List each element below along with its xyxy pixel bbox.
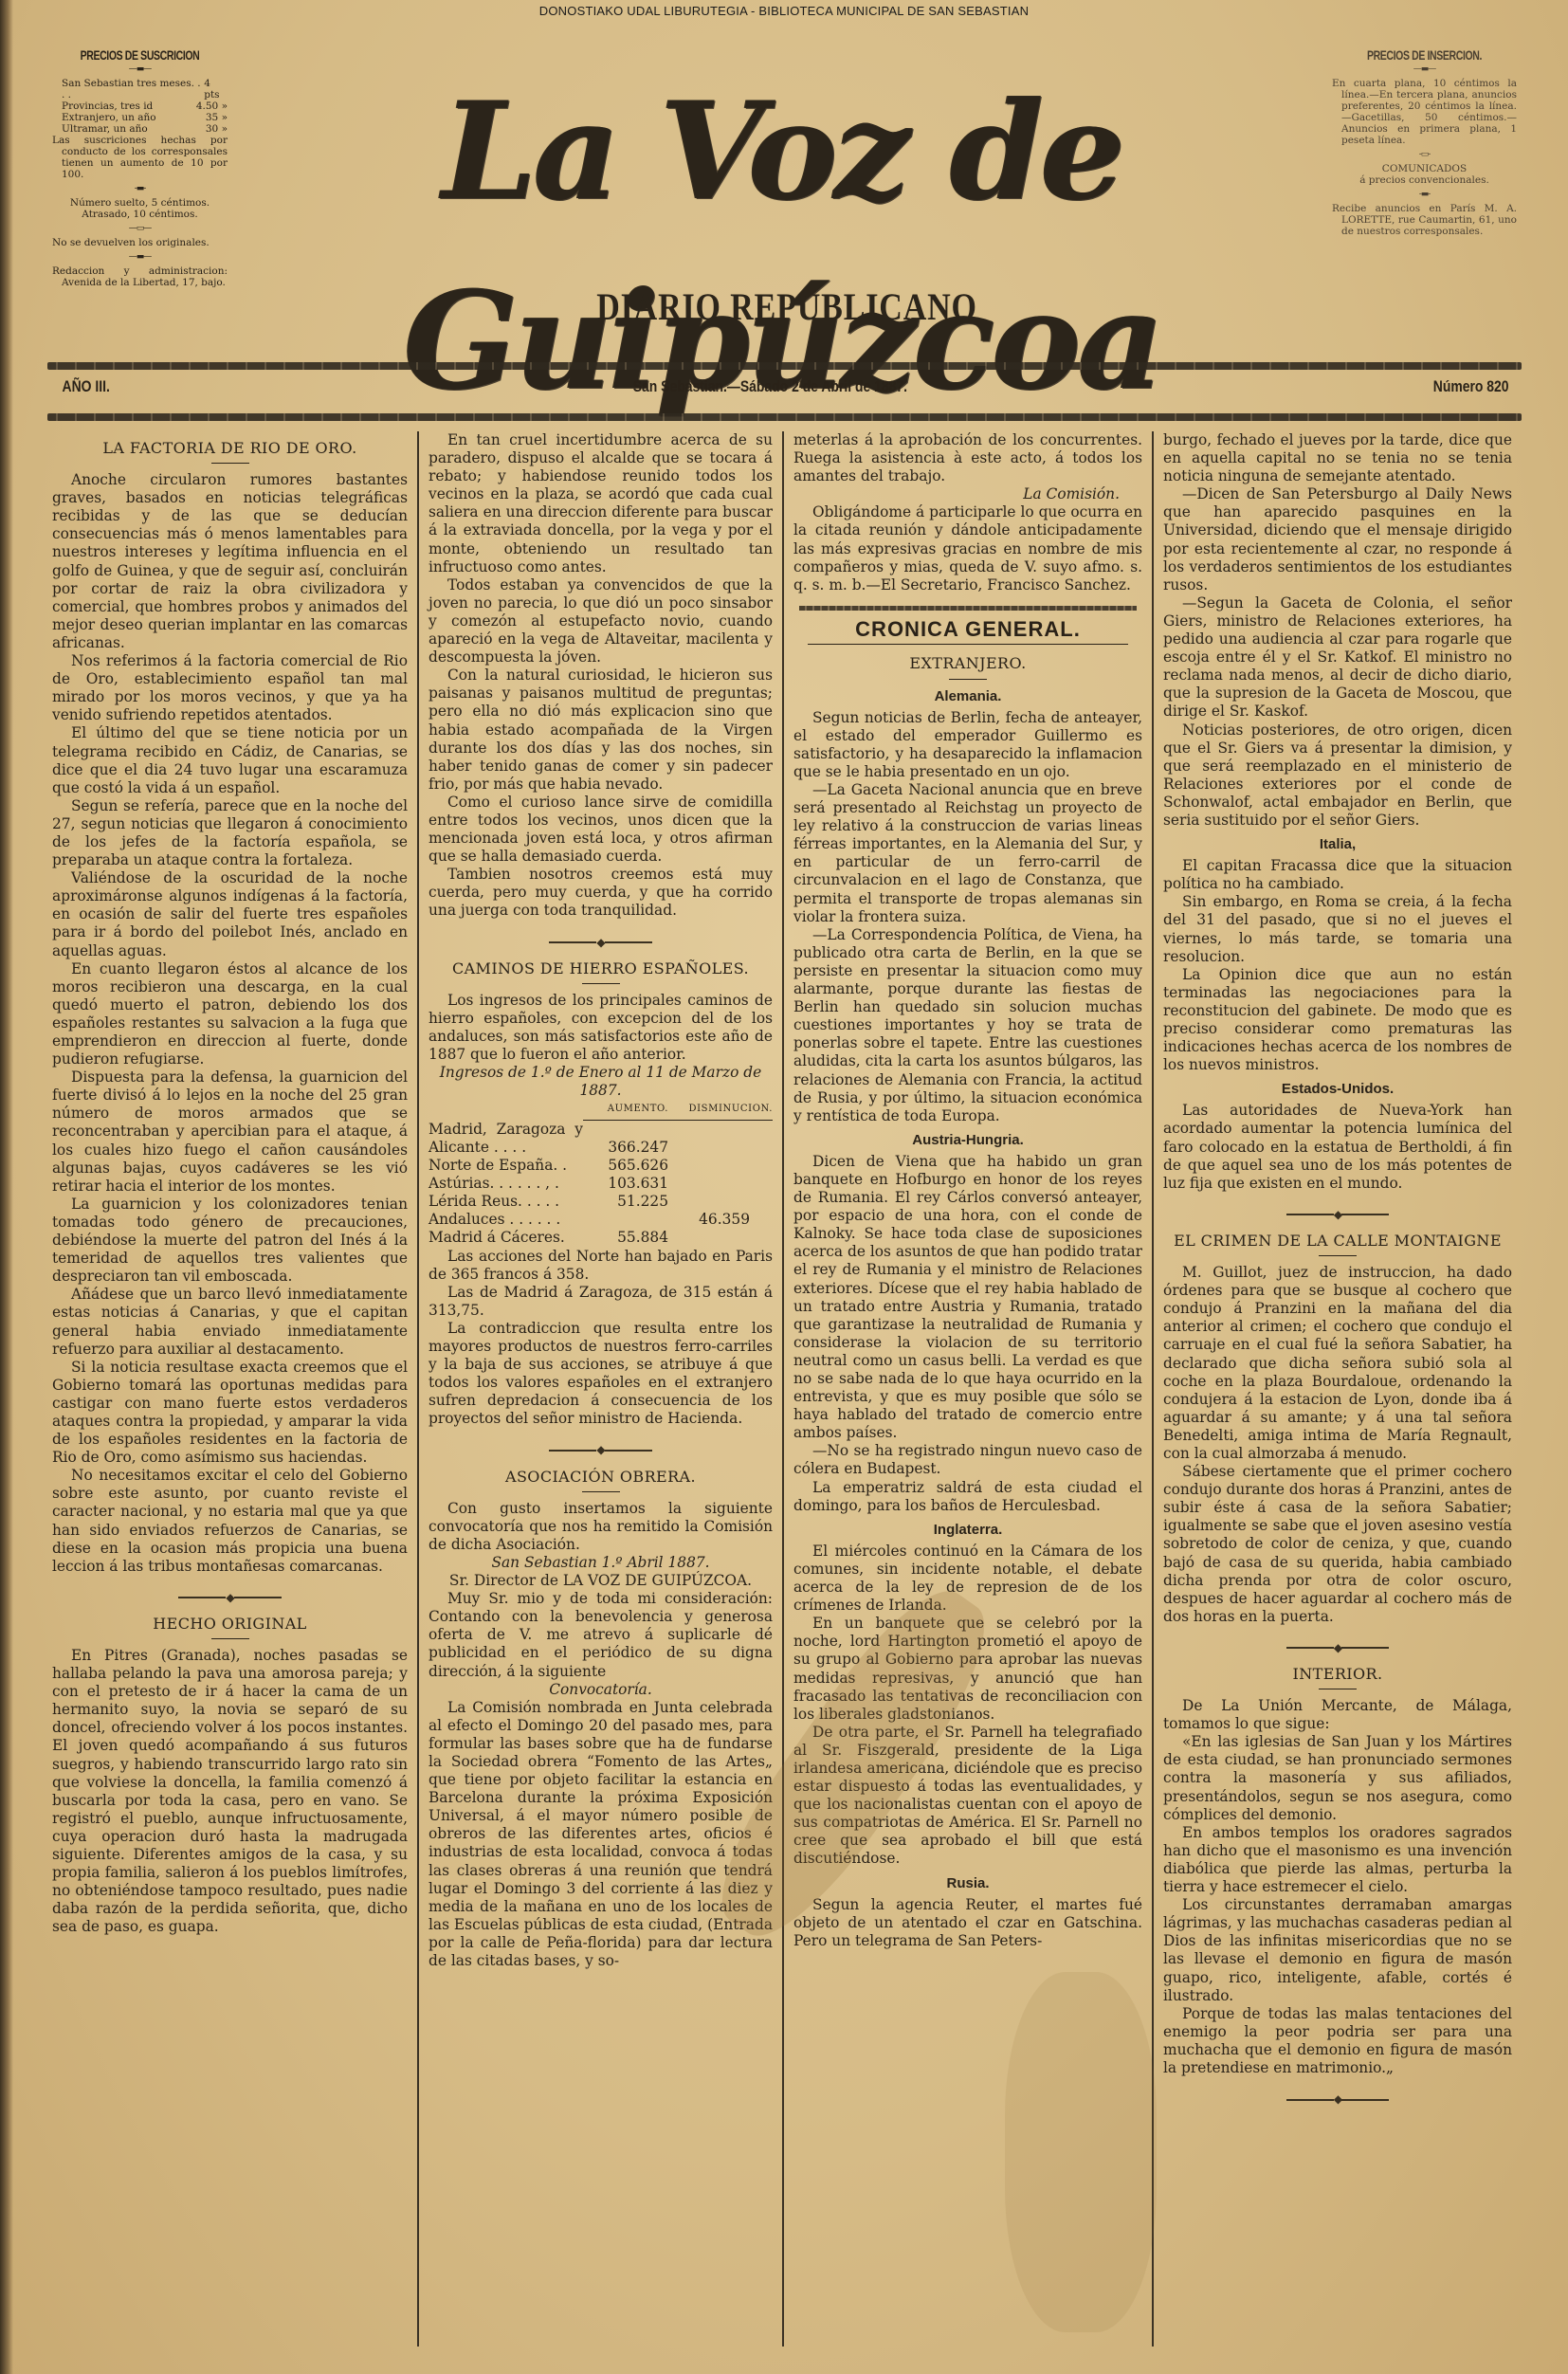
price-row: Extranjero, un año35 » — [52, 112, 228, 123]
column-4: burgo, fechado el jueves por la tarde, d… — [1152, 431, 1522, 2347]
paragraph: Obligándome á participarle lo que ocurra… — [793, 503, 1142, 593]
paragraph: El capitan Fracassa dice que la situacio… — [1163, 857, 1512, 893]
year-label: AÑO III. — [63, 377, 110, 396]
paragraph: Como el curioso lance sirve de comidilla… — [428, 794, 773, 866]
letter-salutation: Sr. Director de LA VOZ DE GUIPÚZCOA. — [428, 1572, 773, 1590]
table-row: Madrid á Cáceres.55.884 — [428, 1229, 773, 1247]
headline-hecho-original: HECHO ORIGINAL — [52, 1615, 408, 1633]
ornament-divider-icon: ◆ — [1163, 1639, 1512, 1657]
ornament-icon: -▬- — [52, 183, 228, 194]
subhead-inglaterra: Inglaterra. — [793, 1521, 1142, 1539]
masthead-rule-bottom — [47, 413, 1522, 421]
paragraph: —La Correspondencia Política, de Viena, … — [793, 926, 1142, 1125]
subhead-alemania: Alemania. — [793, 687, 1142, 705]
headline-factoria: LA FACTORIA DE RIO DE ORO. — [52, 439, 408, 457]
ornament-icon: —▭— — [52, 223, 228, 234]
ornament-divider-icon: ◆ — [428, 934, 773, 952]
ornament-divider-icon: ◆ — [1163, 1206, 1512, 1224]
paragraph: Las de Madrid á Zaragoza, de 315 están á… — [428, 1284, 773, 1320]
insertion-prices-box: PRECIOS DE INSERCION. —▬— En cuarta plan… — [1332, 49, 1517, 237]
paragraph: Con gusto insertamos la siguiente convoc… — [428, 1500, 773, 1554]
subhead-rusia: Rusia. — [793, 1874, 1142, 1892]
paragraph: Porque de todas las malas tentaciones de… — [1163, 2005, 1512, 2077]
ornament-divider-icon: ◆ — [52, 1589, 408, 1607]
ornament-icon: —▬— — [52, 251, 228, 263]
paragraph: «En las iglesias de San Juan y los Márti… — [1163, 1733, 1512, 1823]
paragraph: —La Gaceta Nacional anuncia que en breve… — [793, 781, 1142, 926]
signature: La Comisión. — [793, 485, 1142, 503]
paragraph: La contradiccion que resulta entre los m… — [428, 1320, 773, 1429]
ornament-divider-icon: ◆ — [428, 1441, 773, 1459]
table-caption: Ingresos de 1.º de Enero al 11 de Marzo … — [428, 1064, 773, 1100]
dateline: AÑO III. San Sebastian.—Sábado 2 de Abri… — [57, 377, 1517, 396]
headline-interior: INTERIOR. — [1163, 1665, 1512, 1683]
subscription-prices-box: PRECIOS DE SUSCRICION —▬— San Sebastian … — [52, 49, 228, 288]
insertion-rates: En cuarta plana, 10 céntimos la línea.—E… — [1332, 78, 1517, 146]
comunicados-heading: COMUNICADOS — [1332, 163, 1517, 174]
paragraph: Dispuesta para la defensa, la guarnicion… — [52, 1068, 408, 1196]
headline-asociacion-obrera: ASOCIACIÓN OBRERA. — [428, 1468, 773, 1486]
section-rule — [799, 606, 1137, 611]
ornament-icon: —▬— — [52, 64, 228, 75]
single-issue-price: Número suelto, 5 céntimos. — [52, 197, 228, 209]
paragraph: Sábese ciertamente que el primer cochero… — [1163, 1463, 1512, 1626]
paragraph: Valiéndose de la oscuridad de la noche a… — [52, 869, 408, 959]
paragraph: La emperatriz saldrá de esta ciudad el d… — [793, 1479, 1142, 1515]
paragraph: De La Unión Mercante, de Málaga, tomamos… — [1163, 1697, 1512, 1733]
back-issue-price: Atrasado, 10 céntimos. — [52, 209, 228, 220]
paragraph: La guarnicion y los colonizadores tenian… — [52, 1196, 408, 1286]
divider — [808, 644, 1129, 646]
paragraph: No necesitamos excitar el celo del Gobie… — [52, 1467, 408, 1576]
paragraph: —Segun la Gaceta de Colonia, el señor Gi… — [1163, 594, 1512, 721]
section-extranjero: EXTRANJERO. — [793, 654, 1142, 672]
paragraph: Segun se refería, parece que en la noche… — [52, 797, 408, 869]
table-row: Lérida Reus. . . . .51.225 — [428, 1193, 773, 1211]
newspaper-subtitle: DIARIO REPUBLICANO — [586, 284, 989, 329]
comunicados-text: á precios convencionales. — [1332, 174, 1517, 186]
subhead-estados-unidos: Estados-Unidos. — [1163, 1080, 1512, 1098]
article-columns: LA FACTORIA DE RIO DE ORO. Anoche circul… — [43, 431, 1522, 2347]
paragraph: Todos estaban ya convencidos de que la j… — [428, 576, 773, 667]
paragraph: Añádese que un barco llevó inmediatament… — [52, 1286, 408, 1358]
correspondents-note: Las suscriciones hechas por conducto de … — [52, 135, 228, 180]
price-row: Ultramar, un año30 » — [52, 123, 228, 135]
archive-banner: DONOSTIAKO UDAL LIBURUTEGIA - BIBLIOTECA… — [0, 4, 1568, 18]
paragraph: En ambos templos los oradores sagrados h… — [1163, 1824, 1512, 1896]
paragraph: Tambien nosotros creemos está muy cuerda… — [428, 866, 773, 920]
column-header-aumento: AUMENTO. — [583, 1100, 668, 1121]
headline-crimen-montaigne: EL CRIMEN DE LA CALLE MONTAIGNE — [1163, 1232, 1512, 1250]
subhead-austria-hungria: Austria-Hungria. — [793, 1131, 1142, 1149]
table-row: Norte de España. .565.626 — [428, 1157, 773, 1175]
paragraph: La Comisión nombrada en Junta celebrada … — [428, 1699, 773, 1970]
paragraph: Noticias posteriores, de otro origen, di… — [1163, 721, 1512, 831]
paragraph: Nos referimos á la factoria comercial de… — [52, 652, 408, 724]
convocatoria-title: Convocatoría. — [428, 1681, 773, 1699]
ornament-icon: -▭- — [1332, 149, 1517, 160]
ornament-divider-icon: ◆ — [1163, 2091, 1512, 2109]
column-2: En tan cruel incertidumbre acerca de su … — [417, 431, 782, 2347]
price-row: Provincias, tres id4.50 » — [52, 100, 228, 112]
paragraph: Las acciones del Norte han bajado en Par… — [428, 1248, 773, 1284]
paragraph: Si la noticia resultase exacta creemos q… — [52, 1359, 408, 1468]
headline-cronica-general: CRONICA GENERAL. — [793, 620, 1142, 638]
divider — [949, 679, 987, 680]
paragraph: Anoche circularon rumores bastantes grav… — [52, 471, 408, 652]
column-3: meterlas á la aprobación de los concurre… — [782, 431, 1152, 2347]
address: Redaccion y administracion: Avenida de l… — [52, 265, 228, 288]
divider — [1319, 1689, 1357, 1689]
insertion-heading: PRECIOS DE INSERCION. — [1355, 49, 1493, 61]
paragraph: En un banquete que se celebró por la noc… — [793, 1615, 1142, 1724]
issue-number: Número 820 — [1432, 377, 1508, 396]
table-row: Madrid, Zaragoza y Alicante . . . .366.2… — [428, 1121, 773, 1157]
paragraph: En cuanto llegaron éstos al alcance de l… — [52, 960, 408, 1069]
originals-note: No se devuelven los originales. — [52, 237, 228, 248]
paragraph: El miércoles continuó en la Cámara de lo… — [793, 1543, 1142, 1615]
paragraph: —Dicen de San Petersburgo al Daily News … — [1163, 485, 1512, 594]
paragraph: En tan cruel incertidumbre acerca de su … — [428, 431, 773, 576]
table-row: Andaluces . . . . . .46.359 — [428, 1211, 773, 1229]
paragraph: Las autoridades de Nueva-York han acorda… — [1163, 1102, 1512, 1192]
paragraph: De otra parte, el Sr. Parnell ha telegra… — [793, 1724, 1142, 1869]
paragraph: Dicen de Viena que ha habido un gran ban… — [793, 1153, 1142, 1443]
headline-caminos-hierro: CAMINOS DE HIERRO ESPAÑOLES. — [428, 959, 773, 977]
masthead-title-block: La Voz de Guipúzcoa — [256, 57, 1308, 275]
paragraph: burgo, fechado el jueves por la tarde, d… — [1163, 431, 1512, 485]
paragraph: El último del que se tiene noticia por u… — [52, 724, 408, 796]
paragraph: Con la natural curiosidad, le hicieron s… — [428, 667, 773, 794]
column-1: LA FACTORIA DE RIO DE ORO. Anoche circul… — [43, 431, 417, 2347]
paragraph: Sin embargo, en Roma se creia, á la fech… — [1163, 893, 1512, 965]
paragraph: En Pitres (Granada), noches pasadas se h… — [52, 1647, 408, 1937]
paragraph: Los ingresos de los principales caminos … — [428, 992, 773, 1064]
place-date: San Sebastian.—Sábado 2 de Abril de 1887… — [632, 377, 906, 396]
paragraph: M. Guillot, juez de instruccion, ha dado… — [1163, 1264, 1512, 1463]
ornament-icon: —▬— — [1332, 64, 1517, 75]
masthead-rule-top — [47, 362, 1522, 370]
paragraph: Segun noticias de Berlin, fecha de antea… — [793, 709, 1142, 781]
divider — [582, 983, 620, 984]
paris-agent: Recibe anuncios en París M. A. LORETTE, … — [1332, 203, 1517, 237]
divider — [1319, 1255, 1357, 1256]
paragraph: Los circunstantes derramaban amargas lág… — [1163, 1896, 1512, 2005]
paragraph: Muy Sr. mio y de toda mi consideración: … — [428, 1590, 773, 1680]
divider — [582, 1491, 620, 1492]
ornament-icon: -▬- — [1332, 189, 1517, 200]
subscription-heading: PRECIOS DE SUSCRICION — [74, 49, 206, 61]
price-row: San Sebastian tres meses. . . .4 pts — [52, 78, 228, 100]
table-row: Astúrias. . . . . . , .103.631 — [428, 1175, 773, 1193]
book-spine-shadow — [0, 0, 13, 2374]
table-header-row: AUMENTO. DISMINUCION. — [428, 1100, 773, 1121]
paragraph: —No se ha registrado ningun nuevo caso d… — [793, 1442, 1142, 1478]
divider — [211, 1638, 249, 1639]
paragraph: meterlas á la aprobación de los concurre… — [793, 431, 1142, 485]
column-header-disminucion: DISMINUCION. — [668, 1100, 773, 1121]
paragraph: La Opinion dice que aun no están termina… — [1163, 966, 1512, 1075]
subhead-italia: Italia, — [1163, 835, 1512, 853]
paragraph: Segun la agencia Reuter, el martes fué o… — [793, 1896, 1142, 1950]
letter-dateline: San Sebastian 1.º Abril 1887. — [428, 1554, 773, 1572]
divider — [211, 463, 249, 464]
railway-income-table: AUMENTO. DISMINUCION. Madrid, Zaragoza y… — [428, 1100, 773, 1247]
